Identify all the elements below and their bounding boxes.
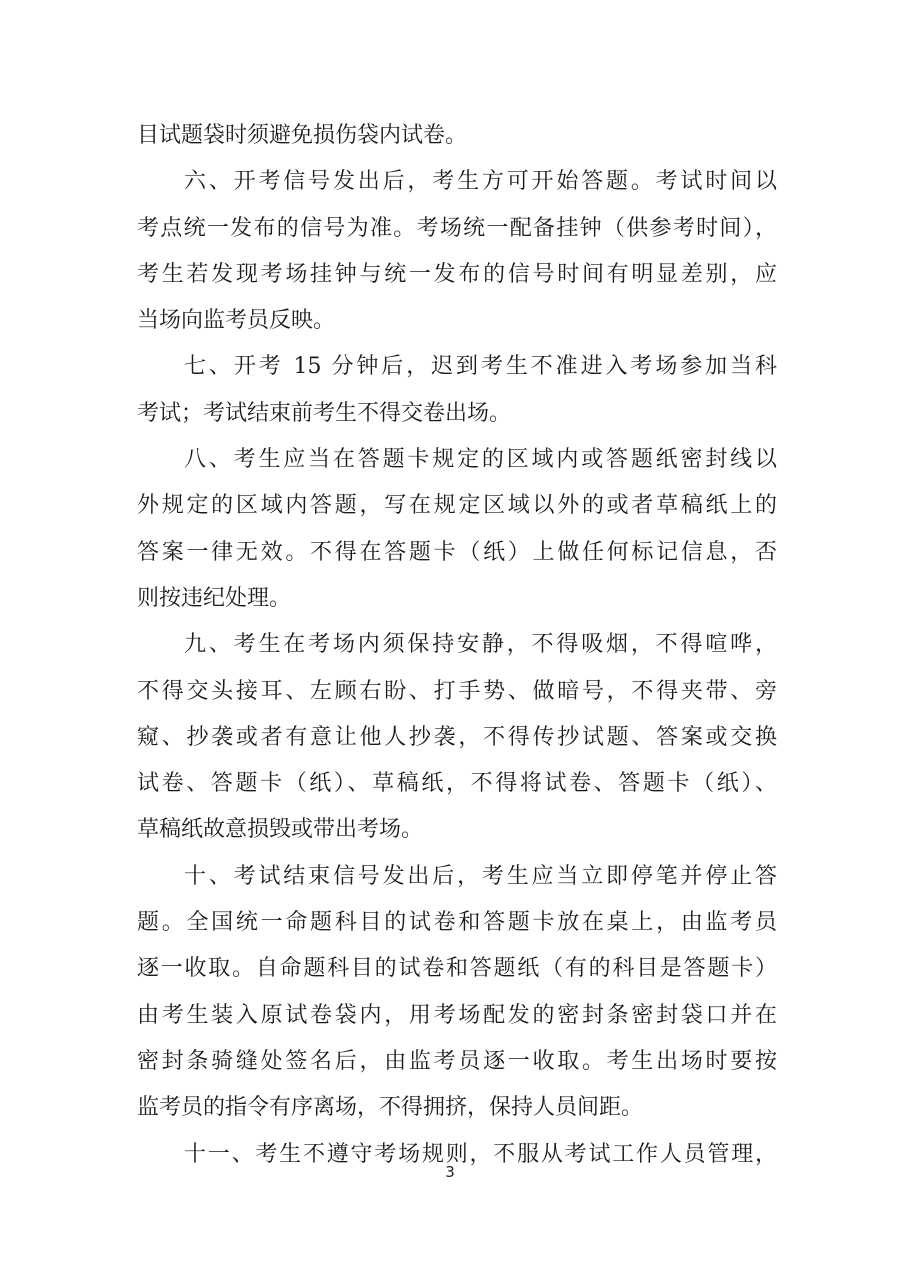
- text-line: 由考生装入原试卷袋内，用考场配发的密封条密封袋口并在: [137, 993, 777, 1039]
- text-line: 不得交头接耳、左顾右盼、打手势、做暗号，不得夹带、旁: [137, 669, 777, 715]
- paragraph-10-line: 十、考试结束信号发出后，考生应当立即停笔并停止答: [137, 854, 777, 900]
- text-line: 当场向监考员反映。: [137, 298, 777, 344]
- text-line: 外规定的区域内答题，写在规定区域以外的或者草稿纸上的: [137, 483, 777, 529]
- text-line: 考生若发现考场挂钟与统一发布的信号时间有明显差别，应: [137, 252, 777, 298]
- text-line: 则按违纪处理。: [137, 576, 777, 622]
- paragraph-9-line: 九、考生在考场内须保持安静，不得吸烟，不得喧哗，: [137, 622, 777, 668]
- text-line: 窥、抄袭或者有意让他人抄袭，不得传抄试题、答案或交换: [137, 715, 777, 761]
- paragraph-7-line: 七、开考 15 分钟后，迟到考生不准进入考场参加当科: [137, 344, 777, 390]
- text-line: 密封条骑缝处签名后，由监考员逐一收取。考生出场时要按: [137, 1039, 777, 1085]
- text-line: 试卷、答题卡（纸）、草稿纸，不得将试卷、答题卡（纸）、: [137, 761, 777, 807]
- document-page: 目试题袋时须避免损伤袋内试卷。 六、开考信号发出后，考生方可开始答题。考试时间以…: [0, 0, 900, 1273]
- text-line: 考点统一发布的信号为准。考场统一配备挂钟（供参考时间），: [137, 206, 777, 252]
- page-number: 3: [0, 1163, 900, 1181]
- body-text: 目试题袋时须避免损伤袋内试卷。 六、开考信号发出后，考生方可开始答题。考试时间以…: [137, 113, 777, 1178]
- text-line: 题。全国统一命题科目的试卷和答题卡放在桌上，由监考员: [137, 900, 777, 946]
- paragraph-8-line: 八、考生应当在答题卡规定的区域内或答题纸密封线以: [137, 437, 777, 483]
- text-line: 监考员的指令有序离场，不得拥挤，保持人员间距。: [137, 1085, 777, 1131]
- text-line: 逐一收取。自命题科目的试卷和答题纸（有的科目是答题卡）: [137, 946, 777, 992]
- text-line: 草稿纸故意损毁或带出考场。: [137, 807, 777, 853]
- text-line: 目试题袋时须避免损伤袋内试卷。: [137, 113, 777, 159]
- text-line: 答案一律无效。不得在答题卡（纸）上做任何标记信息，否: [137, 530, 777, 576]
- text-line: 考试；考试结束前考生不得交卷出场。: [137, 391, 777, 437]
- paragraph-6-line: 六、开考信号发出后，考生方可开始答题。考试时间以: [137, 159, 777, 205]
